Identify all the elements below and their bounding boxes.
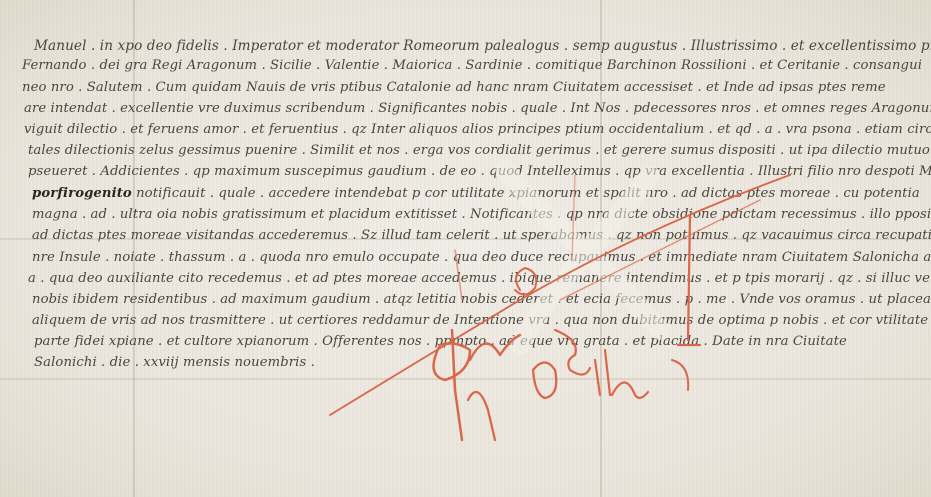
red-signature [0, 0, 931, 497]
manuscript-page: Manuel . in xpo deo fidelis . Imperator … [0, 0, 931, 497]
pale-x-patch [505, 170, 660, 345]
